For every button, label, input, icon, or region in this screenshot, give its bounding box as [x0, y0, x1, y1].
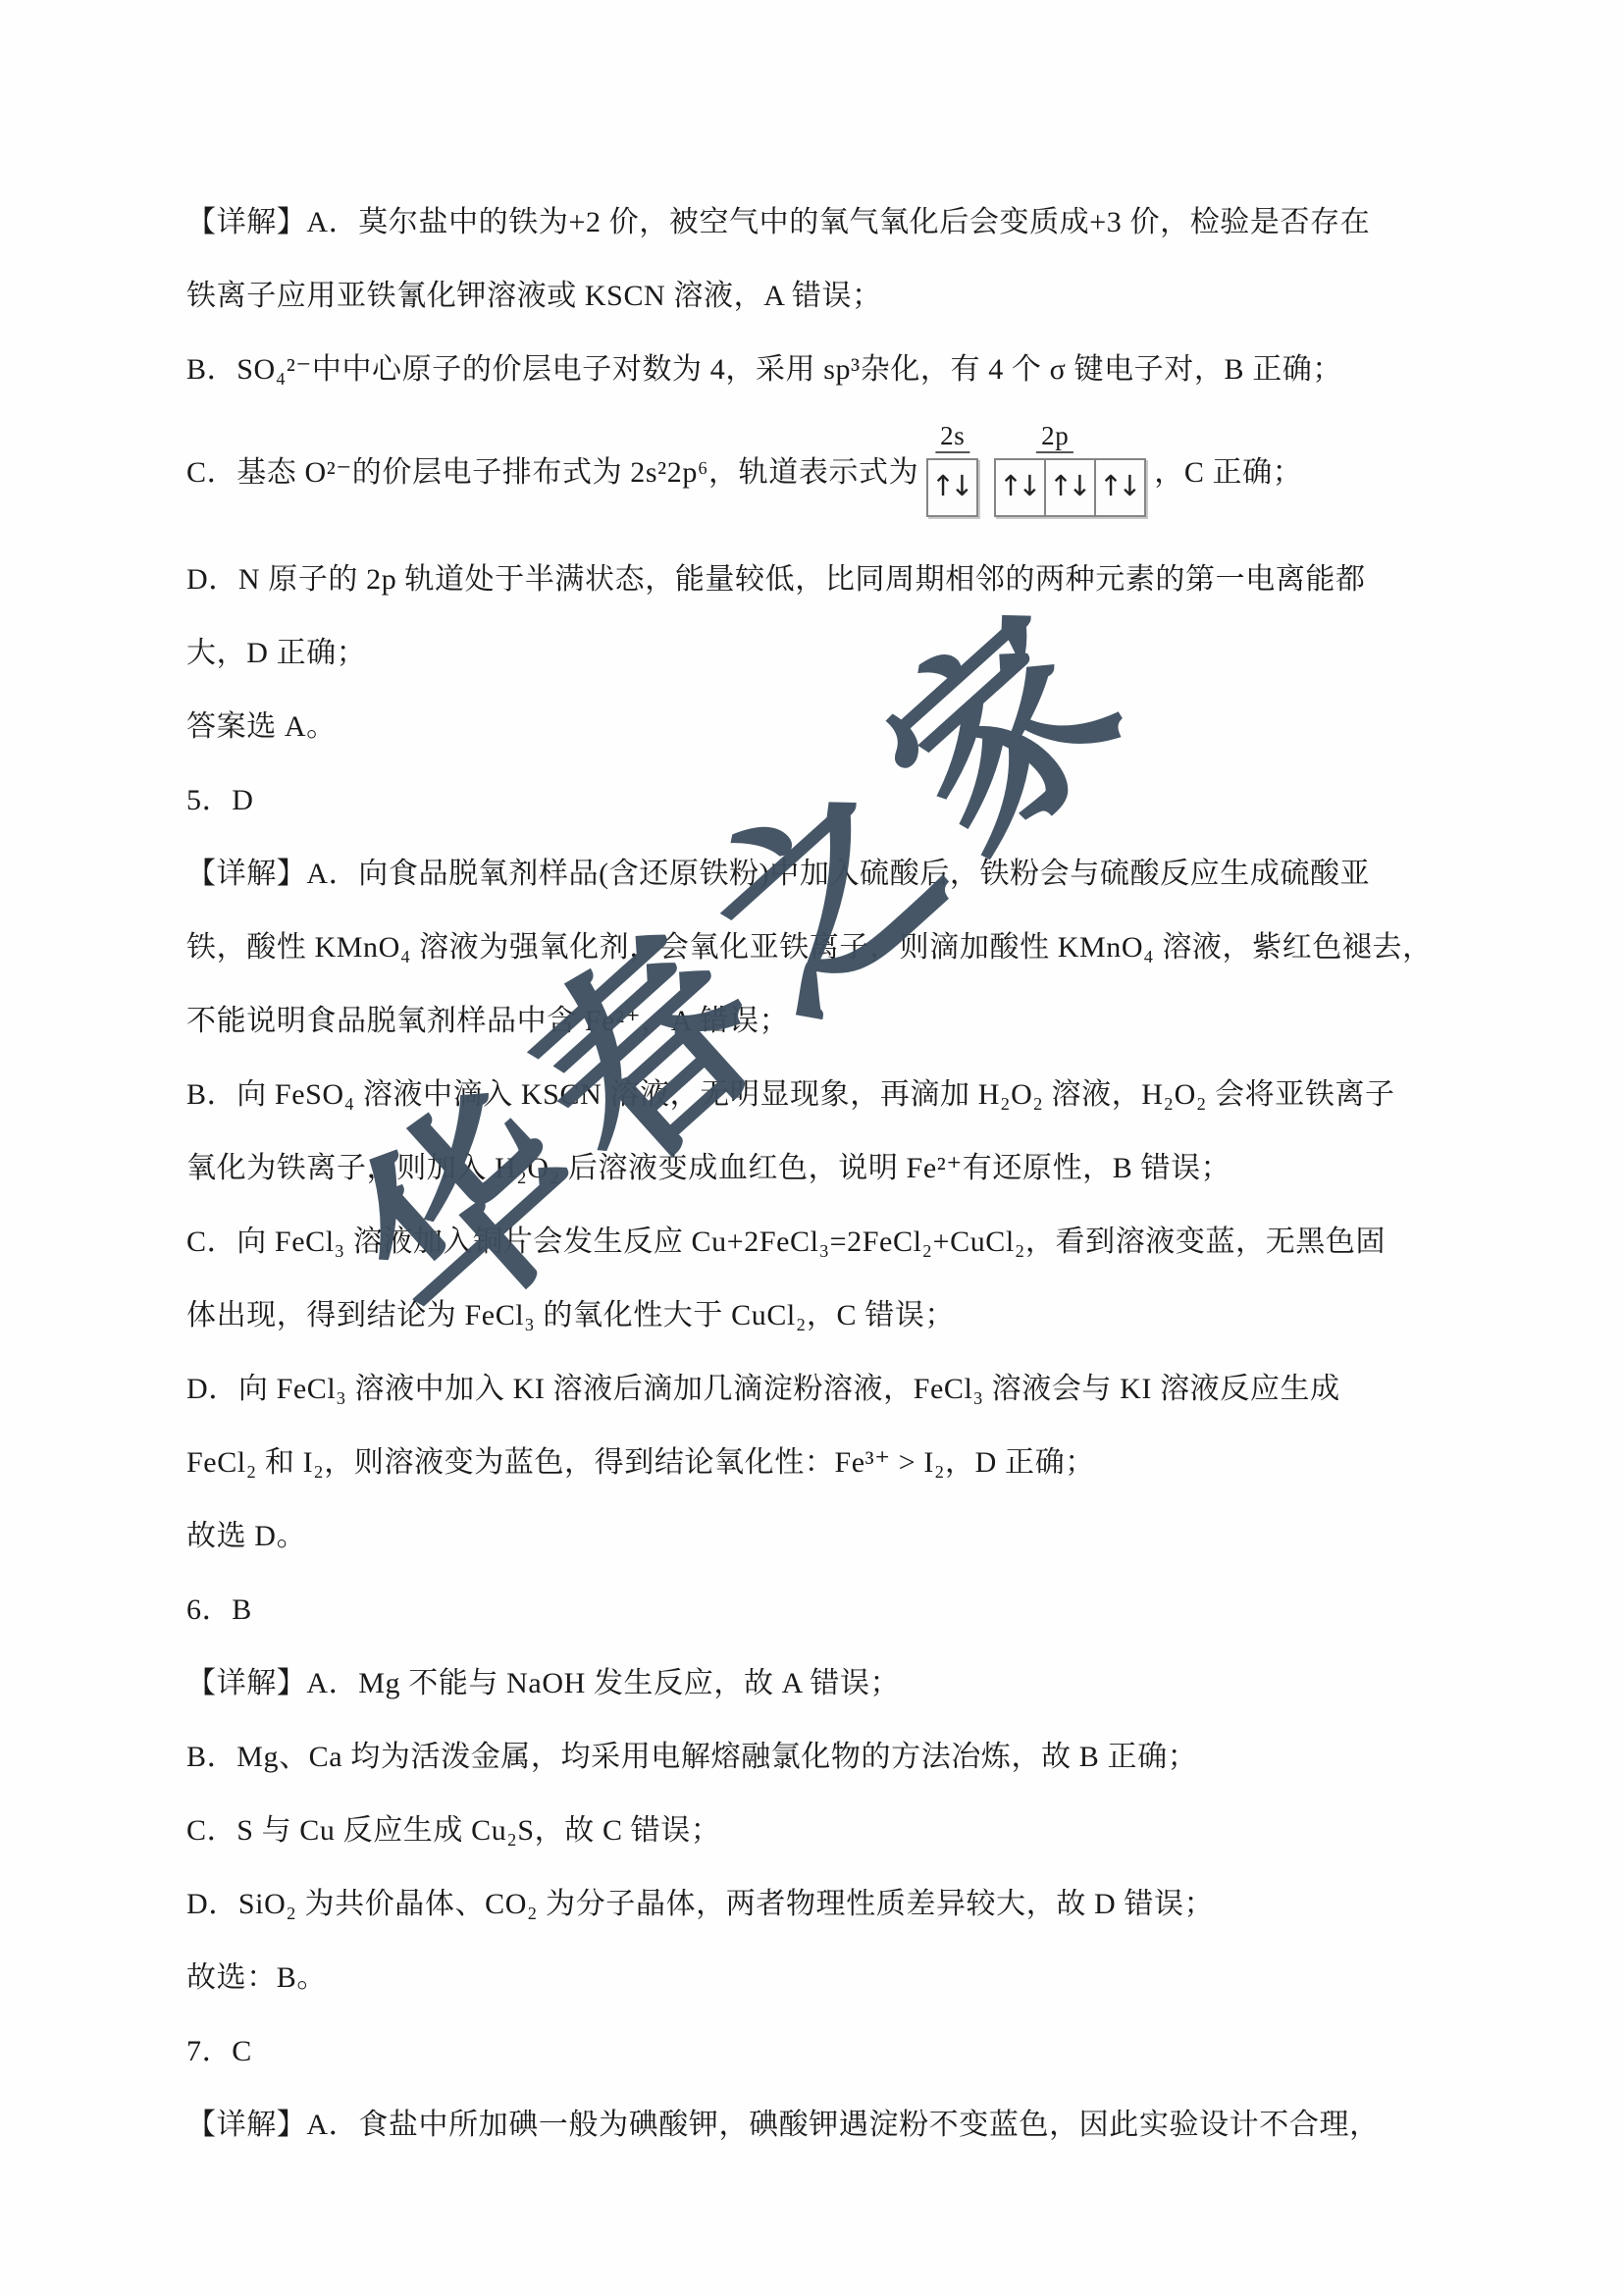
text-line: 【详解】A．Mg 不能与 NaOH 发生反应，故 A 错误； [186, 1669, 1439, 1698]
orbital-diagram-line: C．基态 O²⁻的价层电子排布式为 2s²2p⁶，轨道表示式为2s↑↓2p↑↓↑… [186, 429, 1439, 521]
text-line: D．向 FeCl₃ 溶液中加入 KI 溶液后滴加几滴淀粉溶液，FeCl₃ 溶液会… [186, 1375, 1439, 1404]
orbital-2s-label: 2s [935, 423, 969, 453]
text-line: 【详解】A．莫尔盐中的铁为+2 价，被空气中的氧气氧化后会变质成+3 价，检验是… [186, 208, 1439, 237]
text-line: 答案选 A。 [186, 712, 1439, 742]
text-line: C．S 与 Cu 反应生成 Cu₂S，故 C 错误； [186, 1816, 1439, 1846]
text-line: 大，D 正确； [186, 639, 1439, 668]
text-line: D．N 原子的 2p 轨道处于半满状态，能量较低，比同周期相邻的两种元素的第一电… [186, 565, 1439, 595]
text-line: 不能说明食品脱氧剂样品中含 Fe²⁺，A 错误； [186, 1007, 1439, 1036]
answer-number: 5．D [186, 786, 1439, 815]
answer-number: 6．B [186, 1595, 1439, 1625]
text-line: C．向 FeCl₃ 溶液加入铜片会发生反应 Cu+2FeCl₃=2FeCl₂+C… [186, 1227, 1439, 1257]
orbital-box-2p2: ↑↓ [1044, 458, 1096, 517]
text-line: 故选 D。 [186, 1522, 1439, 1551]
orbital-line-suffix: ，C 正确； [1154, 456, 1302, 489]
text-line: FeCl₂ 和 I₂，则溶液变为蓝色，得到结论氧化性：Fe³⁺ > I₂，D 正… [186, 1448, 1439, 1478]
orbital-2p-label: 2p [1036, 423, 1073, 453]
orbital-2p-group: 2p↑↓↑↓↑↓ [994, 458, 1146, 517]
document-page: 【详解】A．莫尔盐中的铁为+2 价，被空气中的氧气氧化后会变质成+3 价，检验是… [0, 0, 1623, 2296]
orbital-box-2p3: ↑↓ [1094, 458, 1146, 517]
text-line: B．SO₄²⁻中中心原子的价层电子对数为 4，采用 sp³杂化，有 4 个 σ … [186, 355, 1439, 385]
answer-text-block: 【详解】A．莫尔盐中的铁为+2 价，被空气中的氧气氧化后会变质成+3 价，检验是… [186, 208, 1439, 2184]
text-line: B．向 FeSO₄ 溶液中滴入 KSCN 溶液，无明显现象，再滴加 H₂O₂ 溶… [186, 1080, 1439, 1110]
text-line: 【详解】A．向食品脱氧剂样品(含还原铁粉)中加入硫酸后，铁粉会与硫酸反应生成硫酸… [186, 860, 1439, 889]
orbital-line-prefix: C．基态 O²⁻的价层电子排布式为 2s²2p⁶，轨道表示式为 [186, 456, 918, 489]
orbital-2s-group: 2s↑↓ [926, 458, 978, 517]
text-line: B．Mg、Ca 均为活泼金属，均采用电解熔融氯化物的方法冶炼，故 B 正确； [186, 1743, 1439, 1772]
orbital-box-2p1: ↑↓ [994, 458, 1046, 517]
text-line: 铁，酸性 KMnO₄ 溶液为强氧化剂，会氧化亚铁离子，则滴加酸性 KMnO₄ 溶… [186, 933, 1439, 963]
text-line: 【详解】A．食盐中所加碘一般为碘酸钾，碘酸钾遇淀粉不变蓝色，因此实验设计不合理， [186, 2111, 1439, 2140]
text-line: 氧化为铁离子，则加入 H₂O₂ 后溶液变成血红色，说明 Fe²⁺有还原性，B 错… [186, 1154, 1439, 1183]
answer-number: 7．C [186, 2037, 1439, 2066]
text-line: D．SiO₂ 为共价晶体、CO₂ 为分子晶体，两者物理性质差异较大，故 D 错误… [186, 1890, 1439, 1919]
text-line: 故选：B。 [186, 1963, 1439, 1993]
text-line: 体出现，得到结论为 FeCl₃ 的氧化性大于 CuCl₂，C 错误； [186, 1301, 1439, 1331]
orbital-box-2s: ↑↓ [926, 458, 978, 517]
text-line: 铁离子应用亚铁氰化钾溶液或 KSCN 溶液，A 错误； [186, 282, 1439, 311]
